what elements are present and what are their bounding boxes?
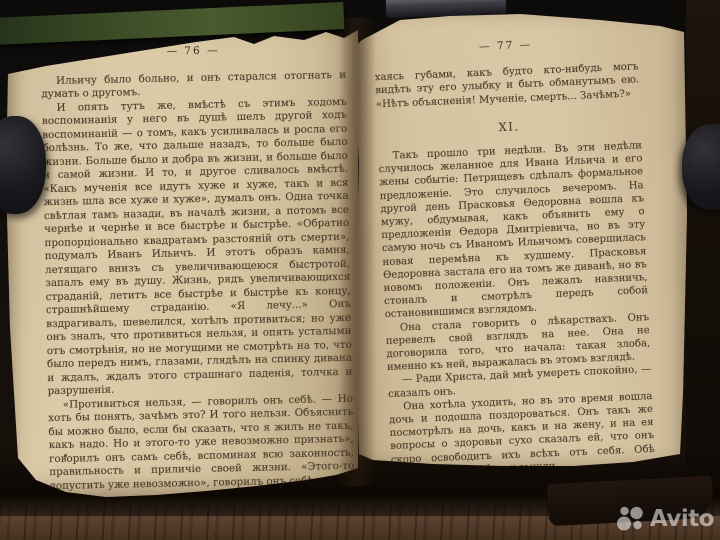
book-photo-scene: — 76 — Ильичу было больно, и онъ старалс…: [0, 0, 720, 540]
avito-logo-icon: [617, 505, 645, 533]
text-paragraph: Такъ прошло три недѣли. Въ эти недѣли сл…: [378, 139, 649, 322]
avito-label: Avito: [650, 506, 714, 532]
paper-speck: [64, 454, 67, 457]
text-paragraph: И опять тутъ же, вмѣстѣ съ этимъ ходомъ …: [42, 95, 353, 398]
right-page-text: — 77 — хаясь губами, какъ будто кто-нибу…: [346, 6, 699, 480]
right-page-body: Такъ прошло три недѣли. Въ эти недѣли сл…: [378, 139, 657, 506]
avito-watermark: Avito: [617, 505, 714, 533]
text-paragraph: хаясь губами, какъ будто кто-нибудь могъ…: [375, 60, 640, 111]
left-page: — 76 — Ильичу было больно, и онъ старалс…: [6, 28, 358, 500]
right-page: — 77 — хаясь губами, какъ будто кто-нибу…: [353, 14, 687, 474]
text-paragraph: «Противиться нельзя, — говорилъ онъ себѣ…: [48, 392, 355, 493]
page-number-77: — 77 —: [373, 34, 637, 58]
left-page-text: — 76 — Ильичу было больно, и онъ старалс…: [2, 24, 364, 503]
chapter-heading: XI.: [377, 115, 641, 139]
right-page-continuation: хаясь губами, какъ будто кто-нибудь могъ…: [375, 60, 640, 111]
page-gutter-shadow: [338, 18, 376, 486]
background-shadow-right: [686, 0, 720, 500]
page-number-76: — 76 —: [40, 42, 345, 62]
